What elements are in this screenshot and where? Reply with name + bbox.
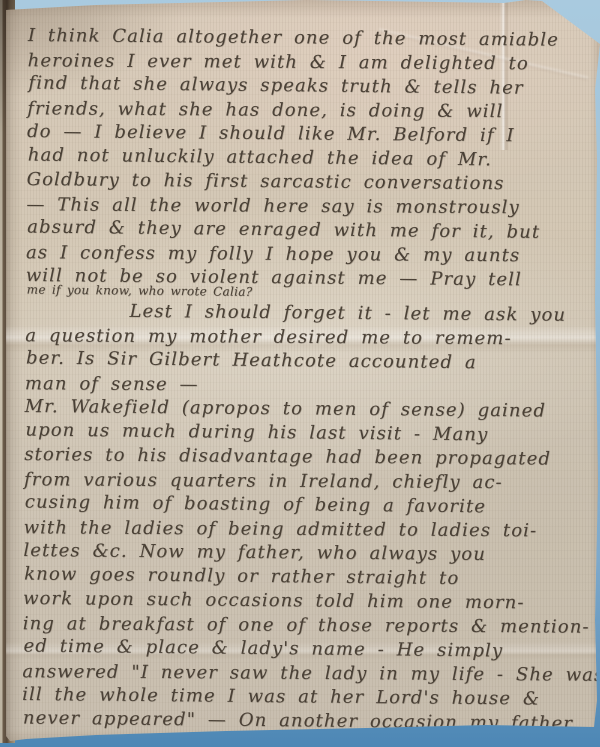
letter-line: stories to his disadvantage had been pro… xyxy=(24,443,588,472)
handwritten-text: I think Calia altogether one of the most… xyxy=(22,24,592,736)
letter-line: Lest I should forget it - let me ask you xyxy=(25,299,589,328)
letter-paper: I think Calia altogether one of the most… xyxy=(6,0,600,743)
letter-line: never appeared" — On another occasion my… xyxy=(23,706,587,736)
photo-background: I think Calia altogether one of the most… xyxy=(0,0,600,747)
letter-line: work upon such occasions told him one mo… xyxy=(23,587,587,616)
letter-line: Goldbury to his first sarcastic conversa… xyxy=(27,168,591,197)
letter-line: I think Calia altogether one of the most… xyxy=(28,24,592,53)
